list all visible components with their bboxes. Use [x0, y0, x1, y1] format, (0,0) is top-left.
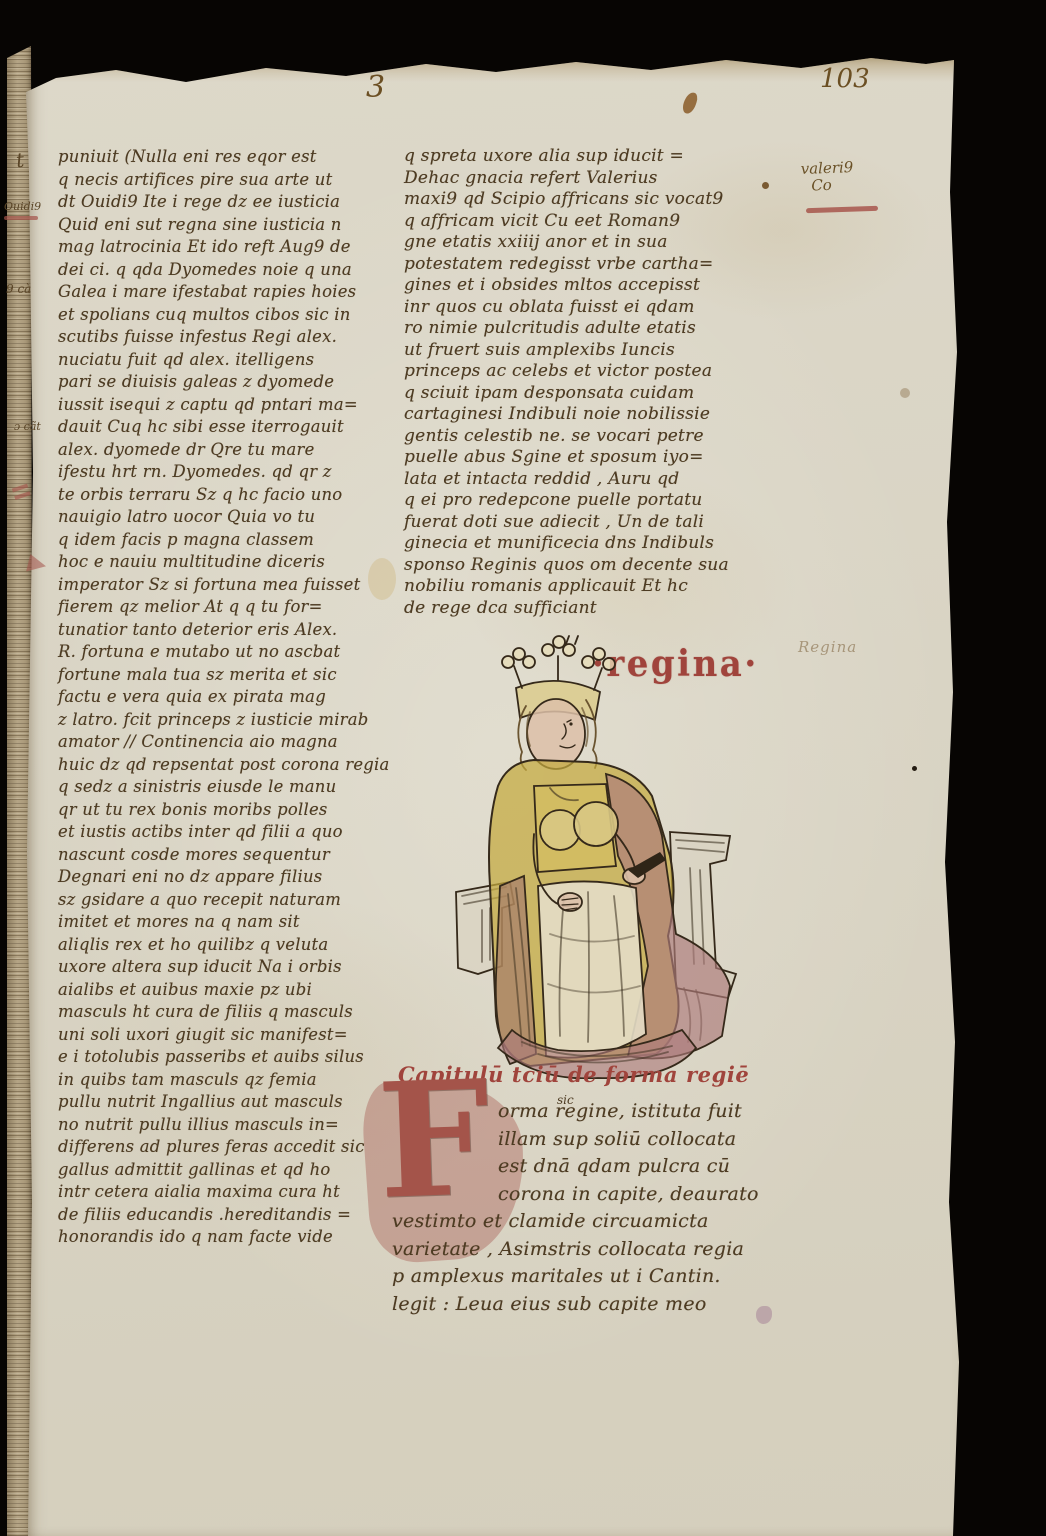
bodice [534, 784, 618, 872]
text-line: q necis artifices pire sua arte ut [58, 169, 398, 192]
text-line: iussit isequi z captu qd pntari ma= [58, 394, 398, 417]
text-line: differens ad plures feras accedit sic [58, 1136, 398, 1159]
left-text-column: puniuit (Nulla eni res eqor estq necis a… [58, 146, 398, 1249]
text-line: q idem facis p magna classem [58, 529, 398, 552]
lombard-initial-F: F [375, 1060, 493, 1222]
text-line: gines et i obsides mltos accepisst [404, 275, 786, 297]
text-line: et spolians cuq multos cibos sic in [58, 304, 398, 327]
red-underline [4, 216, 38, 220]
text-line: te orbis terraru Sz q hc facio uno [58, 484, 398, 507]
text-line: hoc e nauiu multitudine diceris [58, 551, 398, 574]
chapter-opening-full: vestimto et clamide circuamictavarietate… [392, 1208, 792, 1318]
text-line: maxi9 qd Scipio affricans sic vocat9 [404, 189, 786, 211]
text-line: Degnari eni no dz appare filius [58, 866, 398, 889]
text-line: fortune mala tua sz merita et sic [58, 664, 398, 687]
text-line: vestimto et clamide circuamicta [392, 1208, 792, 1236]
text-line: in quibs tam masculs qz femia [58, 1069, 398, 1092]
text-line: amator // Continencia aio magna [58, 731, 398, 754]
cat-margin-mark: ɔ cãt [14, 420, 41, 433]
text-line: fuerat doti sue adiecit , Un de tali [404, 512, 786, 534]
queen-illustration [438, 634, 738, 1079]
text-line: dei ci. q qda Dyomedes noie q una [58, 259, 398, 282]
text-line: puniuit (Nulla eni res eqor est [58, 146, 398, 169]
text-line: puelle abus Sgine et sposum iyo= [404, 447, 786, 469]
text-line: pullu nutrit Ingallius aut masculs [58, 1091, 398, 1114]
folio-number: 103 [820, 64, 870, 94]
right-text-column: q spreta uxore alia sup iducit =Dehac gn… [404, 146, 786, 619]
text-line: factu e vera quia ex pirata mag [58, 686, 398, 709]
text-line: q sciuit ipam desponsata cuidam [404, 383, 786, 405]
text-line: sz gsidare a quo recepit naturam [58, 889, 398, 912]
ouidius-margin-note: Ouidi9 [4, 200, 41, 213]
text-line: R. fortuna e mutabo ut no ascbat [58, 641, 398, 664]
text-line: pari se diuisis galeas z dyomede [58, 371, 398, 394]
skirt [538, 881, 646, 1057]
text-line: qr ut tu rex bonis moribs polles [58, 799, 398, 822]
text-line: de filiis educandis .hereditandis = [58, 1204, 398, 1227]
text-line: legit : Leua eius sub capite meo [392, 1291, 792, 1319]
manuscript-scan: { "colors": { "parchment": "#dcd7c8", "i… [0, 0, 1046, 1536]
text-line: tunatior tanto deterior eris Alex. [58, 619, 398, 642]
text-line: corona in capite, deaurato [498, 1181, 798, 1209]
text-line: dauit Cuq hc sibi esse iterrogauit [58, 416, 398, 439]
text-line: intr cetera aialia maxima cura ht [58, 1181, 398, 1204]
text-line: nobiliu romanis applicauit Et hc [404, 576, 786, 598]
text-line: illam sup soliū collocata [498, 1126, 798, 1154]
ink-dot [912, 766, 917, 771]
text-line: uxore altera sup iducit Na i orbis [58, 956, 398, 979]
valerius-note-flourish: Co [801, 176, 854, 195]
text-line: ifestu hrt rn. Dyomedes. qd qr z [58, 461, 398, 484]
text-line: honorandis ido q nam facte vide [58, 1226, 398, 1249]
stain [900, 388, 910, 398]
text-line: gne etatis xxiiij anor et in sua [404, 232, 786, 254]
text-line: imperator Sz si fortuna mea fuisset [58, 574, 398, 597]
text-line: q affricam vicit Cu eet Roman9 [404, 211, 786, 233]
text-line: q spreta uxore alia sup iducit = [404, 146, 786, 168]
text-line: q ei pro redepcone puelle portatu [404, 490, 786, 512]
valerius-margin-note: valeri9 Co [800, 159, 854, 195]
text-line: varietate , Asimstris collocata regia [392, 1236, 792, 1264]
text-line: aialibs et auibus maxie pz ubi [58, 979, 398, 1002]
text-line: nuciatu fuit qd alex. itelligens [58, 349, 398, 372]
text-line: uni soli uxori giugit sic manifest= [58, 1024, 398, 1047]
text-line: e i totolubis passeribs et auibs silus [58, 1046, 398, 1069]
text-line: aliqlis rex et ho quilibz q veluta [58, 934, 398, 957]
text-line: sponso Reginis quos om decente sua [404, 555, 786, 577]
text-line: z latro. fcit princeps z iusticie mirab [58, 709, 398, 732]
text-line: Quid eni sut regna sine iusticia n [58, 214, 398, 237]
text-line: no nutrit pullu illius masculs in= [58, 1114, 398, 1137]
text-line: gentis celestib ne. se vocari petre [404, 426, 786, 448]
ca-margin-mark: 9 cà [6, 282, 31, 296]
text-line: scutibs fuisse infestus Regi alex. [58, 326, 398, 349]
text-line: nauigio latro uocor Quia vo tu [58, 506, 398, 529]
text-line: dt Ouidi9 Ite i rege dz ee iusticia [58, 191, 398, 214]
text-line: orma regine, istituta fuit [498, 1098, 798, 1126]
text-line: nascunt cosde mores sequentur [58, 844, 398, 867]
text-line: est dnā qdam pulcra cū [498, 1153, 798, 1181]
regina-faint-margin-note: Regina [798, 638, 857, 656]
text-line: ginecia et munificecia dns Indibuls [404, 533, 786, 555]
text-line: lata et intacta reddid , Auru qd [404, 469, 786, 491]
text-line: de rege dca sufficiant [404, 598, 786, 620]
text-line: fierem qz melior At q q tu for= [58, 596, 398, 619]
text-line: q sedz a sinistris eiusde le manu [58, 776, 398, 799]
text-line: cartaginesi Indibuli noie nobilissie [404, 404, 786, 426]
text-line: p amplexus maritales ut i Cantin. [392, 1263, 792, 1291]
text-line: masculs ht cura de filiis q masculs [58, 1001, 398, 1024]
text-line: alex. dyomede dr Qre tu mare [58, 439, 398, 462]
text-line: huic dz qd repsentat post corona regia [58, 754, 398, 777]
text-line: imitet et mores na q nam sit [58, 911, 398, 934]
text-line: ut fruert suis amplexibs Iuncis [404, 340, 786, 362]
text-line: Galea i mare ifestabat rapies hoies [58, 281, 398, 304]
chapter-opening-indented: orma regine, istituta fuitillam sup soli… [498, 1098, 798, 1208]
text-line: inr quos cu oblata fuisst ei qdam [404, 297, 786, 319]
text-line: mag latrocinia Et ido reft Aug9 de [58, 236, 398, 259]
text-line: potestatem redegisst vrbe cartha= [404, 254, 786, 276]
quire-number: 3 [366, 70, 385, 105]
text-line: princeps ac celebs et victor postea [404, 361, 786, 383]
text-line: gallus admittit gallinas et qd ho [58, 1159, 398, 1182]
text-line: Dehac gnacia refert Valerius [404, 168, 786, 190]
text-line: et iustis actibs inter qd filii a quo [58, 821, 398, 844]
text-line: ro nimie pulcritudis adulte etatis [404, 318, 786, 340]
